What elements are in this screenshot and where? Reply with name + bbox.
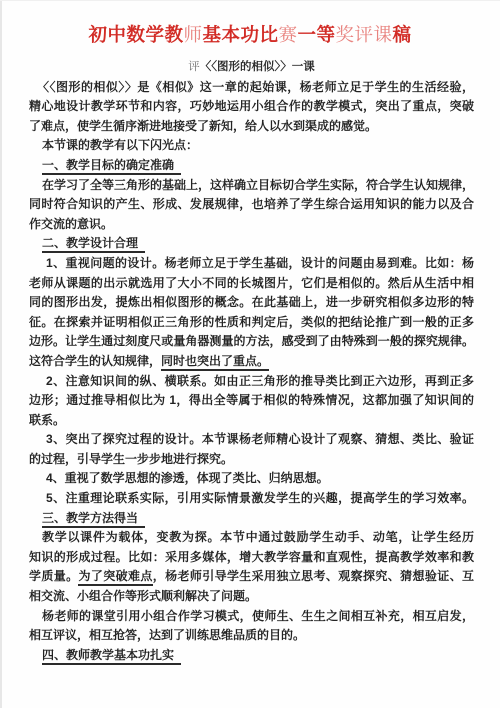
doc-line: 老师从课题的出示就选用了大小不同的长城图片，它们是相似的。然后从生活中相 — [29, 274, 474, 294]
subtitle-prefix: 评 — [188, 61, 200, 73]
title-segment: 一等 — [298, 24, 336, 45]
doc-line: 了难点，使学生循序渐进地接受了新知，给人以水到渠成的感觉。 — [29, 117, 474, 137]
doc-heading-2: 二、教学设计合理 — [29, 234, 474, 254]
doc-line: 边形。让学生通过刻度尺或量角器测量的方法，感受到了由特殊到一般的探究规律。 — [29, 332, 474, 352]
doc-line: 征。在探索并证明相似正三角形的性质和判定后，类似的把结论推广到一般的正多 — [29, 313, 474, 333]
line-text: 这符合学生的认知规律， — [29, 354, 161, 368]
doc-line: 在学习了全等三角形的基础上，这样确立目标切合学生实际，符合学生认知规律， — [29, 176, 474, 196]
doc-line: 本节课的教学有以下闪光点： — [29, 136, 474, 156]
heading-underlined-text: 三、教学方法得当 — [42, 511, 145, 528]
doc-line: 边形；通过推导相似比为 1，得出全等属于相似的特殊情况，这都加强了知识间的 — [29, 391, 474, 411]
doc-line: 1、重视问题的设计。杨老师立足于学生基础，设计的问题由易到难。比如：杨 — [29, 254, 474, 274]
doc-line: 〈〈图形的相似〉〉是《相似》这一章的起始课，杨老师立足于学生的生活经验， — [29, 78, 474, 98]
doc-line: 相互评议，相互抢答，达到了训练思维品质的目的。 — [29, 626, 474, 646]
doc-heading-4: 四、教师教学基本功扎实 — [29, 646, 474, 666]
doc-line: 这符合学生的认知规律，同时也突出了重点。 — [29, 352, 474, 372]
doc-line: 杨老师的课堂引用小组合作学习模式，使师生、生生之间相互补充，相互启发， — [29, 607, 474, 627]
doc-line: 的过程，引导学生一步步地进行探究。 — [29, 450, 474, 470]
heading-underlined-text: 四、教师教学基本功扎实 — [42, 648, 181, 665]
doc-line: 2、注意知识间的纵、横联系。如由正三角形的推导类比到正六边形，再到正多 — [29, 372, 474, 392]
doc-line: 5、注重理论联系实际，引用实际情景激发学生的兴趣，提高学生的学习效率。 — [29, 489, 474, 509]
title-segment: 赛 — [278, 24, 297, 45]
document-body: 评〈〈图形的相似〉〉一课 〈〈图形的相似〉〉是《相似》这一章的起始课，杨老师立足… — [29, 58, 474, 665]
doc-line: 相交流、小组合作等形式顺利解决了问题。 — [29, 587, 474, 607]
doc-heading-1: 一、教学目标的确定准确 — [29, 156, 474, 176]
doc-line: 教学以课件为载体，变教为探。本节中通过鼓励学生动手、动笔，让学生经历 — [29, 528, 474, 548]
inline-underlined-text: 同时也突出了重点。 — [161, 354, 269, 371]
heading-underlined-text: 一、教学目标的确定准确 — [42, 158, 181, 175]
doc-line: 同的图形出发，提炼出相似图形的概念。在此基础上，进一步研究相似多边形的特 — [29, 293, 474, 313]
doc-line: 知识的形成过程。比如：采用多媒体，增大教学容量和直观性，提高教学效率和教 — [29, 548, 474, 568]
scanned-document-page: 初中数学教师基本功比赛一等奖评课稿 评〈〈图形的相似〉〉一课 〈〈图形的相似〉〉… — [0, 0, 500, 708]
line-text: ，杨老师引导学生采用独立思考、观察探究、猜想验证、互 — [153, 569, 474, 583]
inline-underlined-text: 为了突破难点 — [78, 569, 152, 586]
title-segment: 基本功比 — [202, 24, 278, 45]
title-segment: 师 — [183, 24, 202, 45]
doc-line: 作交流的意识。 — [29, 215, 474, 235]
doc-line: 4、重视了数学思想的渗透，体现了类比、归纳思想。 — [29, 469, 474, 489]
doc-line: 3、突出了探究过程的设计。本节课杨老师精心设计了观察、猜想、类比、验证 — [29, 430, 474, 450]
document-subtitle: 评〈〈图形的相似〉〉一课 — [29, 58, 474, 78]
line-text: 学质量。 — [29, 569, 78, 583]
title-segment: 稿 — [393, 24, 412, 45]
doc-line: 同时符合知识的产生、形成、发展规律，也培养了学生综合运用知识的能力以及合 — [29, 195, 474, 215]
title-segment: 奖评课 — [336, 24, 393, 45]
doc-line: 精心地设计教学环节和内容，巧妙地运用小组合作的教学模式，突出了重点，突破 — [29, 97, 474, 117]
doc-line: 联系。 — [29, 411, 474, 431]
doc-heading-3: 三、教学方法得当 — [29, 509, 474, 529]
heading-underlined-text: 二、教学设计合理 — [42, 236, 145, 253]
page-title: 初中数学教师基本功比赛一等奖评课稿 — [0, 24, 500, 46]
subtitle-text: 〈〈图形的相似〉〉一课 — [200, 61, 315, 73]
doc-line: 学质量。为了突破难点，杨老师引导学生采用独立思考、观察探究、猜想验证、互 — [29, 567, 474, 587]
title-segment: 初中数学教 — [88, 24, 183, 45]
